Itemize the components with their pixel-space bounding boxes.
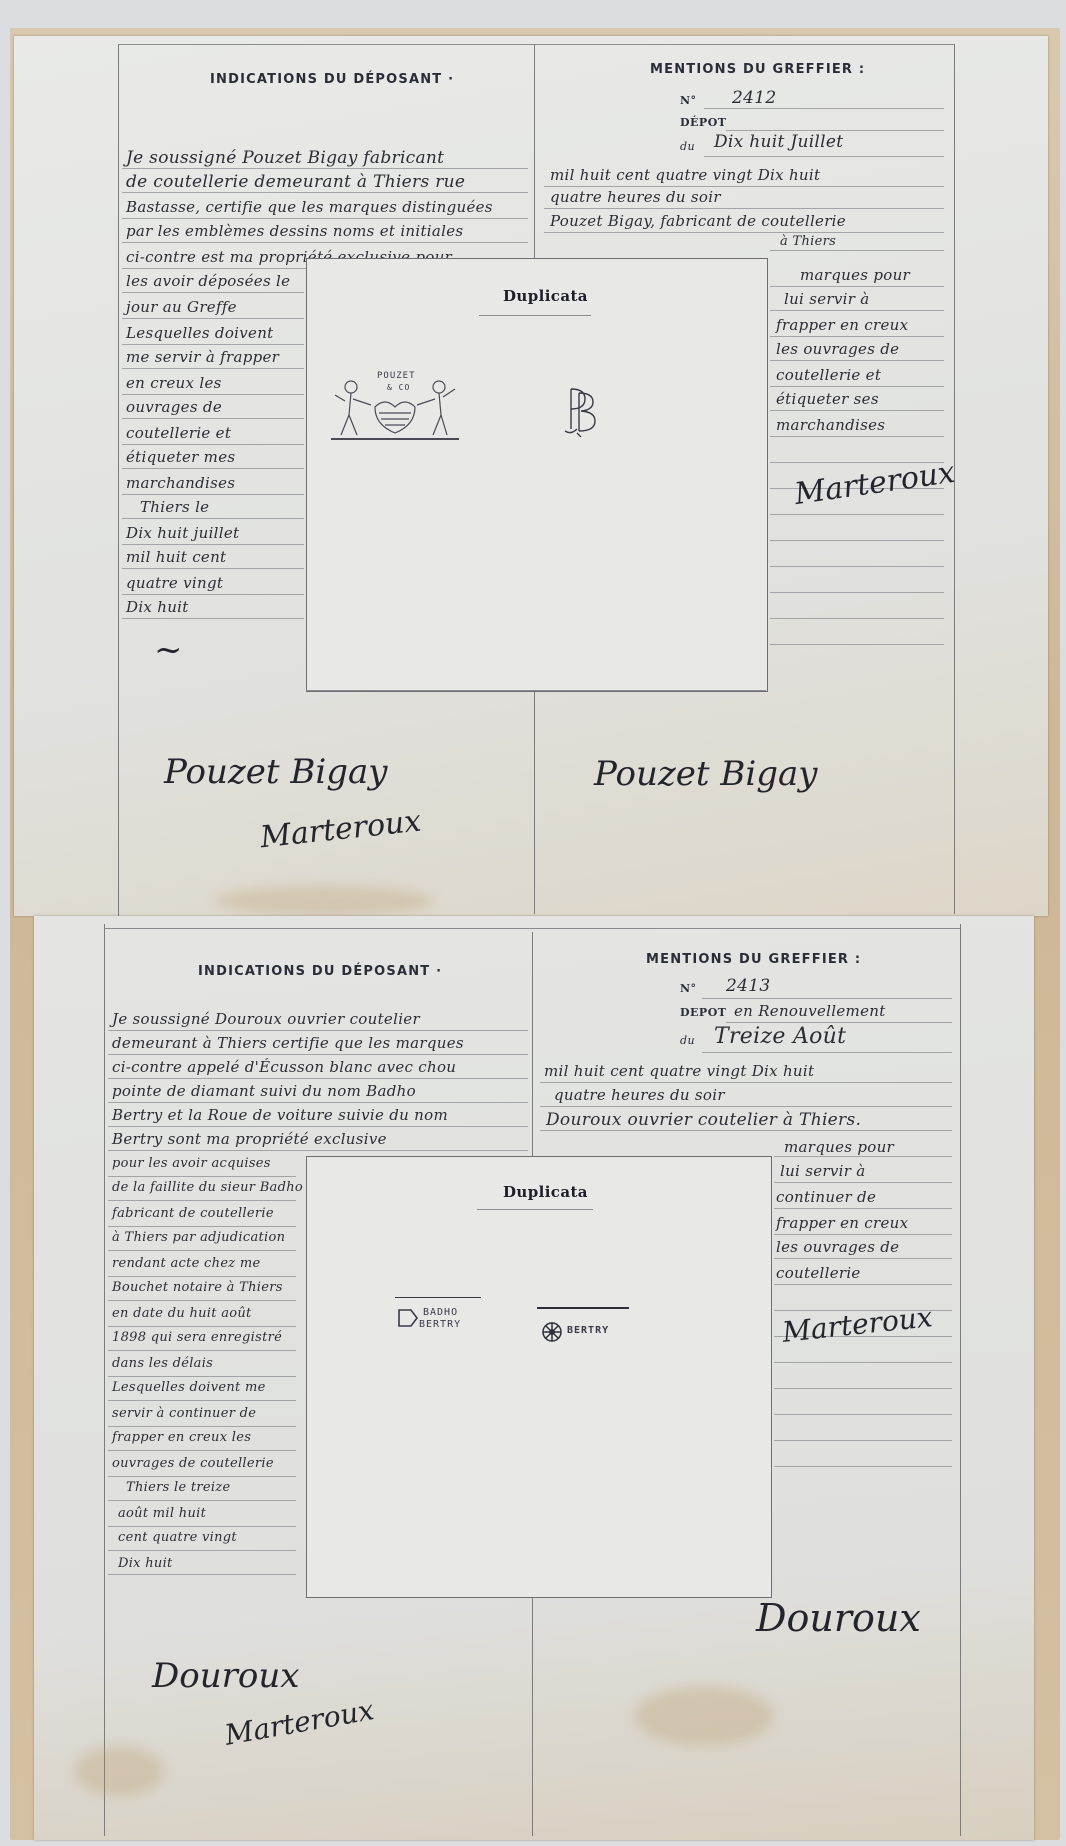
rule [544,208,944,209]
deposant-line: demeurant à Thiers certifie que les marq… [112,1034,464,1052]
rule [122,292,304,293]
rule [122,568,304,569]
greffier-line: continuer de [776,1188,876,1206]
deposant-line: Dix huit [118,1556,173,1571]
rule [770,644,944,645]
greffier-line: frapper en creux [776,316,908,334]
rule [774,1388,952,1389]
rule [774,1466,952,1467]
greffier-line: quatre heures du soir [554,1086,725,1104]
paraph: ~ [154,630,183,670]
number-label: N° [680,982,697,995]
greffier-line: quatre heures du soir [550,188,721,206]
rule [770,514,944,515]
clerk-initials: Marteroux [781,1300,934,1349]
deposant-line: 1898 qui sera enregistré [112,1330,282,1345]
deposant-line: fabricant de coutellerie [112,1206,274,1221]
greffier-line: marchandises [776,416,885,434]
rule [108,1450,296,1451]
stamp-label: BERTRY [567,1325,609,1336]
deposant-header: INDICATIONS DU DÉPOSANT · [210,72,454,87]
rule [108,1176,296,1177]
rule [108,1574,296,1575]
rule [774,1234,952,1235]
depot-type: en Renouvellement [734,1002,886,1020]
rule [774,1362,952,1363]
right-margin-line [960,924,961,1836]
greffier-line: Pouzet Bigay, fabricant de coutellerie [550,212,846,230]
greffier-line: étiqueter ses [776,390,879,408]
rule [122,494,304,495]
rule [108,1226,296,1227]
rule [540,1106,952,1107]
depot-label: DÉPOT [680,116,726,129]
greffier-line: lui servir à [780,1162,866,1180]
rule [544,186,944,187]
wagon-wheel-icon [541,1321,563,1343]
greffier-line: mil huit cent quatre vingt Dix huit [544,1062,814,1080]
deposant-line: coutellerie et [126,424,231,442]
duplicata-box: Duplicata POUZET & CO [306,258,768,692]
age-stain [634,1686,774,1746]
rule [122,618,304,619]
rule [704,156,944,157]
rule [108,1250,296,1251]
left-margin-line [104,924,105,1836]
rule [108,1078,528,1079]
left-margin-line [118,44,119,924]
rule [108,1476,296,1477]
rule [770,310,944,311]
title-underline [479,315,591,316]
rule [122,394,304,395]
badho-bertry-stamp: BADHO BERTRY [395,1297,491,1341]
deposant-line: en creux les [126,374,222,392]
rule [122,318,304,319]
deposant-line: Je soussigné Douroux ouvrier coutelier [112,1010,420,1028]
title-underline [477,1209,593,1210]
deposant-line: Bertry sont ma propriété exclusive [112,1130,387,1148]
deposant-line: Bertry et la Roue de voiture suivie du n… [112,1106,448,1124]
greffier-header: MENTIONS DU GREFFIER : [646,952,861,967]
pb-monogram [559,383,599,437]
greffier-line: marques pour [800,266,910,284]
rule [122,518,304,519]
deposant-line: mil huit cent [126,548,226,566]
rule [702,1052,952,1053]
greffier-line: frapper en creux [776,1214,908,1232]
stamp-sublabel: BERTRY [419,1319,461,1330]
greffier-line: mil huit cent quatre vingt Dix huit [550,166,820,184]
rule [108,1400,296,1401]
rule [770,592,944,593]
deposant-line: Bastasse, certifie que les marques disti… [126,198,493,216]
rule [774,1156,952,1157]
deposant-line: de coutellerie demeurant à Thiers rue [126,172,465,192]
deposant-line: Bouchet notaire à Thiers [112,1280,283,1295]
monogram-icon [559,383,599,437]
greffier-line: marques pour [784,1138,894,1156]
deposit-date: Dix huit Juillet [714,132,843,152]
rule [774,1440,952,1441]
deposant-line: pour les avoir acquises [112,1156,271,1171]
greffier-line: à Thiers [780,234,836,249]
register-sheet-2412: INDICATIONS DU DÉPOSANT · MENTIONS DU GR… [14,36,1048,916]
rule [108,1426,296,1427]
deposant-line: Je soussigné Pouzet Bigay fabricant [126,148,444,168]
rule [702,998,952,999]
stamp-label: BADHO [423,1307,458,1318]
rule [770,386,944,387]
deposit-date: Treize Août [714,1024,846,1049]
deposant-line: Lesquelles doivent [126,324,273,342]
deposit-number: 2413 [726,976,770,996]
duplicata-box: Duplicata BADHO BERTRY BERTRY [306,1156,772,1598]
rule [704,108,944,109]
rule [122,418,304,419]
stamp-rule [395,1297,481,1298]
rule [108,1030,528,1031]
rule [726,1022,952,1023]
deposant-line: en date du huit août [112,1306,252,1321]
deposant-signature: Pouzet Bigay [164,752,387,792]
deposant-line: ouvrages de [126,398,222,416]
greffier-line: Douroux ouvrier coutelier à Thiers. [546,1110,861,1130]
deposant-line: dans les délais [112,1356,213,1371]
rule [770,436,944,437]
top-border [104,928,960,929]
greffier-line: coutellerie et [776,366,881,384]
deposant-header: INDICATIONS DU DÉPOSANT · [198,964,442,979]
deposant-line: par les emblèmes dessins noms et initial… [126,222,463,240]
rule [540,1082,952,1083]
deposant-line: ouvrages de coutellerie [112,1456,274,1471]
stamp-label: POUZET [377,371,416,381]
rule [122,218,528,219]
greffier-line: lui servir à [784,290,870,308]
rule [774,1414,952,1415]
deposant-line: Dix huit [126,598,189,616]
rule [108,1550,296,1551]
deposant-signature: Douroux [152,1656,299,1696]
shield-icon [397,1307,419,1329]
greffier-line: coutellerie [776,1264,861,1282]
rule [770,410,944,411]
deposit-number: 2412 [732,88,776,108]
deposant-line: frapper en creux les [112,1430,251,1445]
deposant-line: août mil huit [118,1506,206,1521]
rule [122,368,304,369]
deposant-line: jour au Greffe [126,298,237,316]
rule [108,1300,296,1301]
deposant-line: me servir à frapper [126,348,279,366]
top-border [118,44,954,45]
number-label: N° [680,94,697,107]
deposant-line: à Thiers par adjudication [112,1230,285,1245]
duplicata-title: Duplicata [503,1183,588,1201]
du-label: du [680,140,695,153]
rule [770,360,944,361]
rule [108,1276,296,1277]
rule [540,1130,952,1131]
rule [770,618,944,619]
rule [108,1200,296,1201]
rule [108,1054,528,1055]
pouzet-trademark-stamp: POUZET & CO [331,369,461,443]
deposant-signature-duplicate: Pouzet Bigay [594,754,817,794]
box-bottom [306,690,766,691]
rule [726,130,944,131]
rule [108,1126,528,1127]
deposant-line: les avoir déposées le [126,272,290,290]
rule [770,250,944,251]
greffier-header: MENTIONS DU GREFFIER : [650,62,865,77]
du-label: du [680,1034,695,1047]
deposant-signature-duplicate: Douroux [756,1596,921,1640]
rule [108,1500,296,1501]
rule [770,286,944,287]
rule [122,242,528,243]
clerk-initials: Marteroux [792,455,957,512]
register-sheet-2413: INDICATIONS DU DÉPOSANT · MENTIONS DU GR… [34,916,1034,1840]
rule [122,594,304,595]
deposant-line: Dix huit juillet [126,524,239,542]
rule [108,1376,296,1377]
age-stain [214,886,434,916]
rule [122,192,528,193]
rule [774,1258,952,1259]
duplicata-title: Duplicata [503,287,588,305]
wheel-bertry-stamp: BERTRY [537,1307,637,1351]
deposant-line: Thiers le treize [126,1480,231,1495]
rule [770,566,944,567]
depot-label: DEPOT [680,1006,726,1019]
deposant-line: ci-contre appelé d'Écusson blanc avec ch… [112,1058,456,1076]
deposant-line: de la faillite du sieur Badho [112,1180,303,1195]
rule [122,544,304,545]
rule [108,1102,528,1103]
rule [770,336,944,337]
rule [774,1284,952,1285]
rule [122,444,304,445]
rule [122,344,304,345]
age-stain [74,1746,164,1796]
deposant-line: cent quatre vingt [118,1530,237,1545]
rule [122,168,528,169]
rule [770,540,944,541]
clerk-signature: Marteroux [222,1693,376,1752]
stamp-rule [537,1307,629,1309]
deposant-line: marchandises [126,474,235,492]
rule [774,1182,952,1183]
greffier-line: les ouvrages de [776,340,899,358]
deposant-line: Thiers le [140,498,209,516]
rule [774,1208,952,1209]
rule [108,1350,296,1351]
clerk-signature: Marteroux [259,804,423,856]
deposant-line: quatre vingt [126,574,223,592]
rule [108,1150,528,1151]
rule [108,1326,296,1327]
rule [544,232,944,233]
deposant-line: rendant acte chez me [112,1256,261,1271]
deposant-line: pointe de diamant suivi du nom Badho [112,1082,416,1100]
stamp-sublabel: & CO [387,383,410,392]
rule [108,1526,296,1527]
deposant-line: Lesquelles doivent me [112,1380,266,1395]
deposant-line: servir à continuer de [112,1406,256,1421]
greffier-line: les ouvrages de [776,1238,899,1256]
deposant-line: étiqueter mes [126,448,235,466]
rule [122,468,304,469]
